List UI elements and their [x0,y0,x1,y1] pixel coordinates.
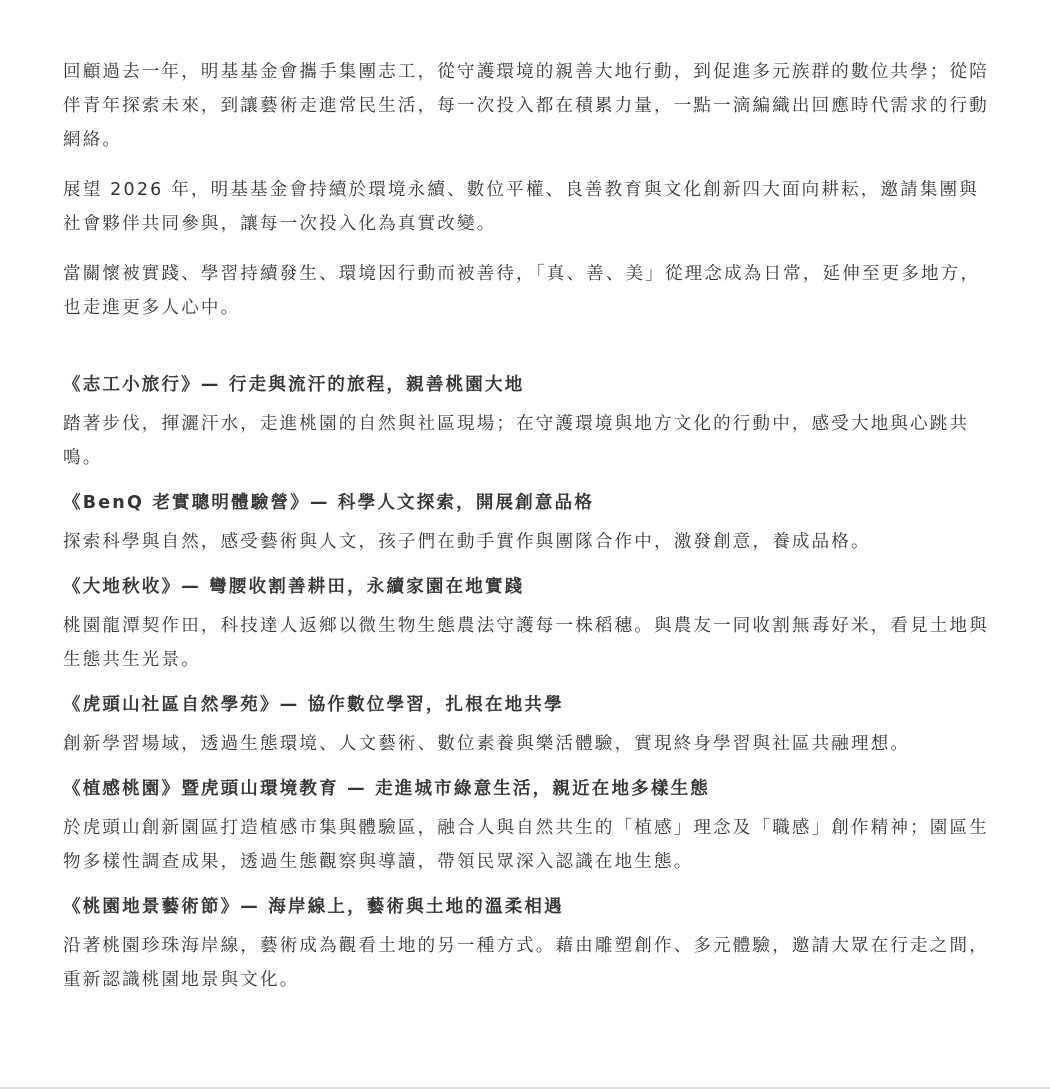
program-title: 《桃園地景藝術節》— 海岸線上，藝術與土地的溫柔相遇 [63,893,993,921]
program-item-volunteer-trip: 《志工小旅行》— 行走與流汗的旅程，親善桃園大地 踏著步伐，揮灑汗水，走進桃園的… [63,371,993,475]
program-description: 踏著步伐，揮灑汗水，走進桃園的自然與社區現場；在守護環境與地方文化的行動中，感受… [63,407,993,475]
programs-list: 《志工小旅行》— 行走與流汗的旅程，親善桃園大地 踏著步伐，揮灑汗水，走進桃園的… [63,371,993,997]
program-title: 《植感桃園》暨虎頭山環境教育 — 走進城市綠意生活，親近在地多樣生態 [63,775,993,803]
program-item-green-taoyuan: 《植感桃園》暨虎頭山環境教育 — 走進城市綠意生活，親近在地多樣生態 於虎頭山創… [63,775,993,879]
program-title: 《大地秋收》— 彎腰收割善耕田，永續家園在地實踐 [63,573,993,601]
program-item-autumn-harvest: 《大地秋收》— 彎腰收割善耕田，永續家園在地實踐 桃園龍潭契作田，科技達人返鄉以… [63,573,993,677]
program-title: 《志工小旅行》— 行走與流汗的旅程，親善桃園大地 [63,371,993,399]
program-item-hutoushan-academy: 《虎頭山社區自然學苑》— 協作數位學習，扎根在地共學 創新學習場域，透過生態環境… [63,691,993,761]
program-description: 探索科學與自然，感受藝術與人文，孩子們在動手實作與團隊合作中，激發創意，養成品格… [63,525,993,559]
program-description: 於虎頭山創新園區打造植感市集與體驗區，融合人與自然共生的「植感」理念及「職感」創… [63,811,993,879]
intro-section: 回顧過去一年，明基基金會攜手集團志工，從守護環境的親善大地行動，到促進多元族群的… [63,55,993,325]
article-content: 回顧過去一年，明基基金會攜手集團志工，從守護環境的親善大地行動，到促進多元族群的… [63,55,993,1011]
intro-paragraph-review: 回顧過去一年，明基基金會攜手集團志工，從守護環境的親善大地行動，到促進多元族群的… [63,55,993,157]
program-description: 創新學習場域，透過生態環境、人文藝術、數位素養與樂活體驗，實現終身學習與社區共融… [63,727,993,761]
program-title: 《BenQ 老實聰明體驗營》— 科學人文探索，開展創意品格 [63,489,993,517]
intro-paragraph-outlook: 展望 2026 年，明基基金會持續於環境永續、數位平權、良善教育與文化創新四大面… [63,173,993,241]
program-item-land-art-festival: 《桃園地景藝術節》— 海岸線上，藝術與土地的溫柔相遇 沿著桃園珍珠海岸線，藝術成… [63,893,993,997]
program-title: 《虎頭山社區自然學苑》— 協作數位學習，扎根在地共學 [63,691,993,719]
program-description: 桃園龍潭契作田，科技達人返鄉以微生物生態農法守護每一株稻穗。與農友一同收割無毒好… [63,609,993,677]
program-item-benq-camp: 《BenQ 老實聰明體驗營》— 科學人文探索，開展創意品格 探索科學與自然，感受… [63,489,993,559]
intro-paragraph-vision: 當關懷被實踐、學習持續發生、環境因行動而被善待，「真、善、美」從理念成為日常，延… [63,257,993,325]
program-description: 沿著桃園珍珠海岸線，藝術成為觀看土地的另一種方式。藉由雕塑創作、多元體驗，邀請大… [63,929,993,997]
